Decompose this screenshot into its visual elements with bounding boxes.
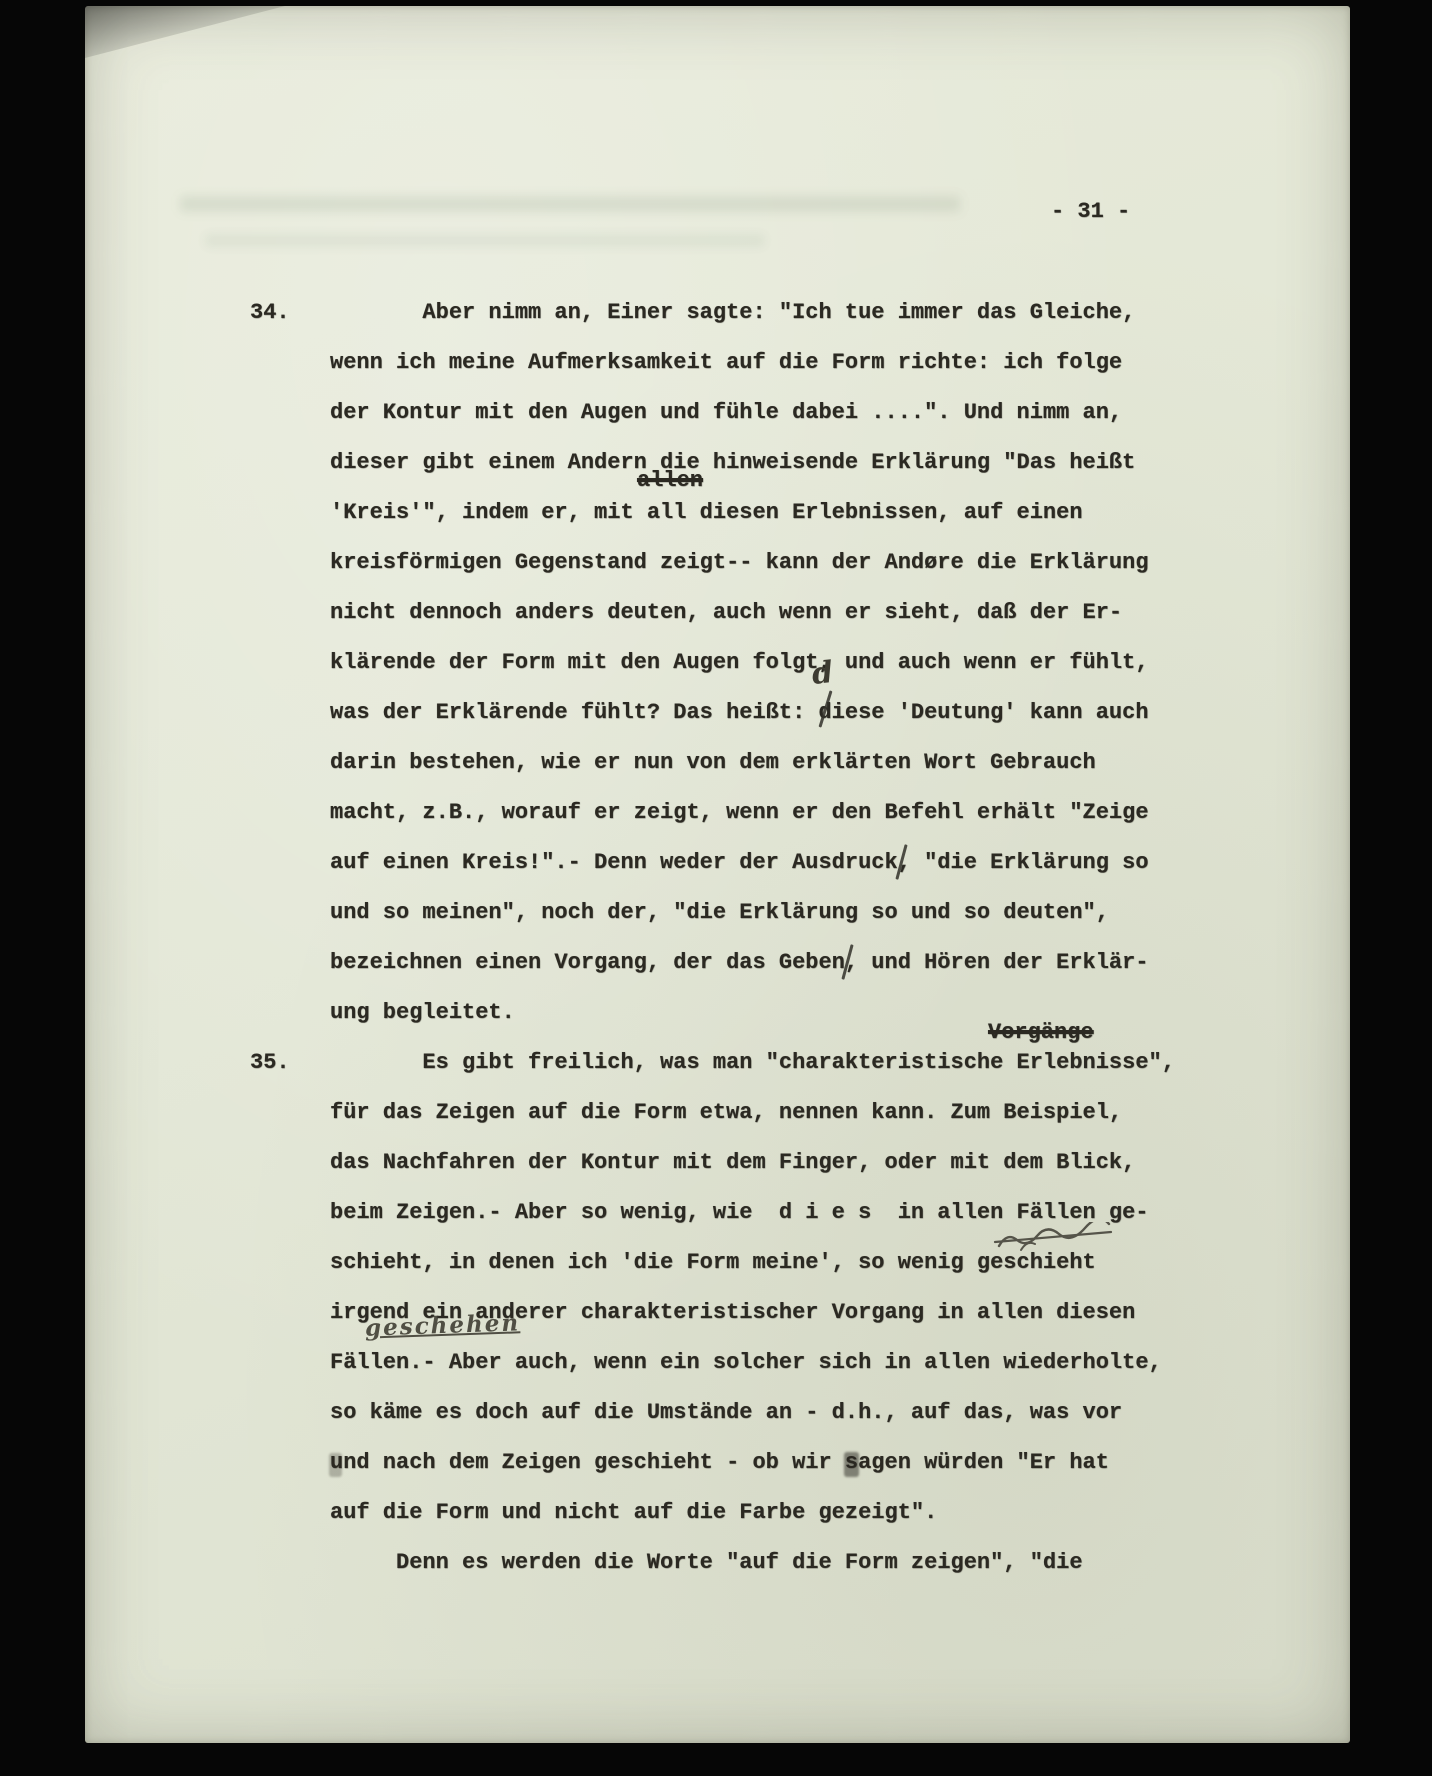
handwritten-scribble-crossed-out — [993, 1222, 1123, 1258]
ghost-impression — [180, 196, 960, 212]
typed-line: Aber nimm an, Einer sagte: "Ich tue imme… — [330, 288, 1210, 338]
typed-line: darin bestehen, wie er nun von dem erklä… — [330, 738, 1210, 788]
typed-line: bezeichnen einen Vorgang, der das Geben,… — [330, 938, 1210, 988]
typed-line: klärende der Form mit den Augen folgt, u… — [330, 638, 1210, 688]
typed-line: auf einen Kreis!".- Denn weder der Ausdr… — [330, 838, 1210, 888]
paragraph-number-35: 35. — [250, 1038, 290, 1088]
typed-line: kreisförmigen Gegenstand zeigt-- kann de… — [330, 538, 1210, 588]
strikethrough-word-allen: allen — [637, 468, 703, 494]
typed-line: und so meinen", noch der, "die Erklärung… — [330, 888, 1210, 938]
ghost-impression — [205, 234, 765, 247]
typed-line: so käme es doch auf die Umstände an - d.… — [330, 1388, 1210, 1438]
typed-line: 'Kreis'", indem er, mit all diesen Erleb… — [330, 488, 1210, 538]
photographed-typescript: { "page": { "page_number": "- 31 -", "pa… — [0, 0, 1432, 1776]
paragraph-35: Es gibt freilich, was man "charakteristi… — [330, 1038, 1210, 1538]
typed-line: wenn ich meine Aufmerksamkeit auf die Fo… — [330, 338, 1210, 388]
corner-shadow — [85, 6, 285, 58]
typed-line: das Nachfahren der Kontur mit dem Finger… — [330, 1138, 1210, 1188]
overtype-smudge — [844, 1452, 859, 1477]
typed-line: und nach dem Zeigen geschieht - ob wir s… — [330, 1438, 1210, 1488]
typed-line: der Kontur mit den Augen und fühle dabei… — [330, 388, 1210, 438]
strikethrough-word-vorgaenge: Vorgänge — [988, 1020, 1094, 1046]
typed-line: nicht dennoch anders deuten, auch wenn e… — [330, 588, 1210, 638]
typed-line: Fällen.- Aber auch, wenn ein solcher sic… — [330, 1338, 1210, 1388]
typed-line: macht, z.B., worauf er zeigt, wenn er de… — [330, 788, 1210, 838]
overtype-smudge — [329, 1453, 342, 1477]
paragraph-final: Denn es werden die Worte "auf die Form z… — [330, 1538, 1210, 1588]
typescript-page: - 31 - 34. Aber nimm an, Einer sagte: "I… — [85, 6, 1350, 1743]
typed-line: für das Zeigen auf die Form etwa, nennen… — [330, 1088, 1210, 1138]
typed-line: was der Erklärende fühlt? Das heißt: die… — [330, 688, 1210, 738]
paragraph-34: Aber nimm an, Einer sagte: "Ich tue imme… — [330, 288, 1210, 1038]
page-number: - 31 - — [1051, 197, 1130, 227]
typed-line: dieser gibt einem Andern die hinweisende… — [330, 438, 1210, 488]
paragraph-number-34: 34. — [250, 288, 290, 338]
handwritten-d-insertion: d — [810, 655, 835, 692]
typed-line: auf die Form und nicht auf die Farbe gez… — [330, 1488, 1210, 1538]
typed-line: Denn es werden die Worte "auf die Form z… — [330, 1538, 1210, 1588]
handwritten-word-geschehen: geschehen — [365, 1309, 521, 1341]
